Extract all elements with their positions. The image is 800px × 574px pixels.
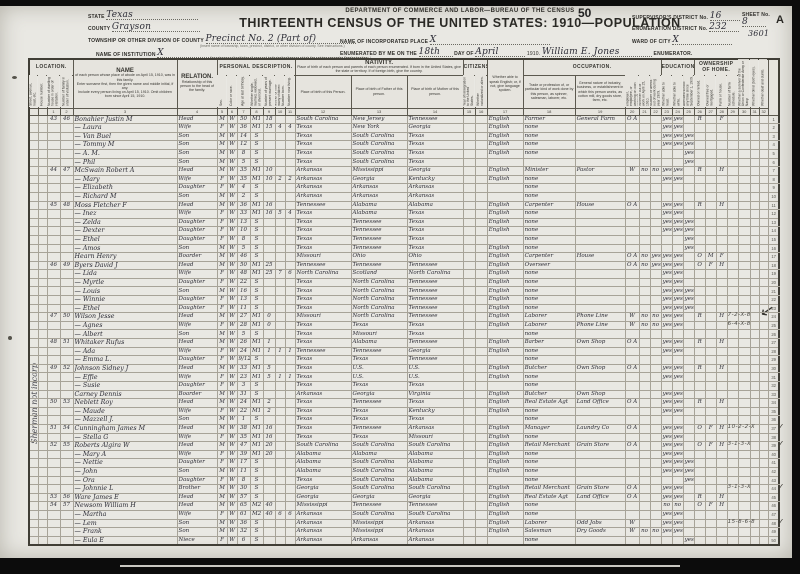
cell-children_living xyxy=(285,493,295,502)
cell-immigration xyxy=(463,167,475,176)
cell-farm_schedule xyxy=(727,382,738,391)
col-header-class: Whether an employer, employee, or workin… xyxy=(625,75,639,108)
cell-owned: R xyxy=(694,167,705,176)
pencil-annotation: 7-2-X-8 xyxy=(728,312,751,320)
cell-free_mortgaged xyxy=(705,356,716,365)
cell-immigration xyxy=(463,330,475,339)
cell-school: yes xyxy=(683,467,694,476)
cell-industry: Pastor xyxy=(575,167,625,176)
cell-immigration xyxy=(463,390,475,399)
cell-veteran xyxy=(738,347,750,356)
census-row: 4851Whitaker RufusHeadMW26M11TexasAlabam… xyxy=(29,339,779,348)
cell-color: W xyxy=(227,304,237,313)
cell-school xyxy=(683,364,694,373)
col-header-farm-schedule: Number of farm schedule. xyxy=(727,75,738,108)
cell-class xyxy=(625,459,639,468)
cell-class xyxy=(625,476,639,485)
cell-children_born xyxy=(275,218,285,227)
census-row: — LemSonMW36SArkansasMississippiArkansas… xyxy=(29,519,779,528)
cell-lineno: 16 xyxy=(768,244,779,253)
cell-dwelling: 51 xyxy=(47,424,60,433)
cell-children_living xyxy=(285,261,295,270)
cell-out_of_work xyxy=(639,347,650,356)
cell-marital: S xyxy=(250,218,263,227)
cell-out_of_work xyxy=(639,373,650,382)
cell-name: Hearn Henry xyxy=(73,253,177,262)
col-group-citizenship: CITIZENSHIP. xyxy=(463,59,487,75)
cell-sex: F xyxy=(217,433,227,442)
cell-birthplace: Alabama xyxy=(295,450,351,459)
cell-age: 4 xyxy=(237,184,250,193)
cell-write: yes xyxy=(672,519,683,528)
cell-immigration xyxy=(463,493,475,502)
cell-family xyxy=(60,287,73,296)
cell-street xyxy=(29,485,38,494)
cell-street xyxy=(29,330,38,339)
cell-age: 24 xyxy=(237,347,250,356)
cell-occupation: none xyxy=(523,132,575,141)
cell-father_birthplace: North Carolina xyxy=(351,287,407,296)
cell-veteran xyxy=(738,528,750,537)
cell-birthplace: Texas xyxy=(295,141,351,150)
cell-farm_schedule xyxy=(727,364,738,373)
cell-sex: F xyxy=(217,373,227,382)
cell-house xyxy=(38,210,47,219)
cell-birthplace: Texas xyxy=(295,304,351,313)
cell-dwelling xyxy=(47,536,60,545)
cell-age: 36 xyxy=(237,201,250,210)
cell-relation: Son xyxy=(177,132,217,141)
cell-free_mortgaged: M xyxy=(705,253,716,262)
cell-naturalized xyxy=(475,192,487,201)
cell-relation: Daughter xyxy=(177,476,217,485)
cell-farm_schedule xyxy=(727,502,738,511)
cell-immigration xyxy=(463,528,475,537)
cell-blind xyxy=(750,167,759,176)
cell-veteran xyxy=(738,459,750,468)
cell-occupation: none xyxy=(523,450,575,459)
cell-years_married: 16 xyxy=(263,210,275,219)
cell-marital: M1 xyxy=(250,115,263,124)
cell-color: W xyxy=(227,149,237,158)
cell-relation: Daughter xyxy=(177,296,217,305)
cell-english: English xyxy=(487,278,523,287)
cell-owned xyxy=(694,485,705,494)
cell-street xyxy=(29,373,38,382)
institution-value: X xyxy=(157,48,164,58)
cell-name: Roberts Algira W xyxy=(73,442,177,451)
cell-sex: M xyxy=(217,167,227,176)
cell-blind xyxy=(750,296,759,305)
cell-children_born: 7 xyxy=(275,270,285,279)
census-table: LOCATION. NAME of each person whose plac… xyxy=(28,58,780,546)
cell-free_mortgaged xyxy=(705,519,716,528)
cell-lineno: 34 xyxy=(768,399,779,408)
cell-deaf xyxy=(759,158,768,167)
cell-family xyxy=(60,510,73,519)
cell-read: yes xyxy=(661,167,672,176)
cell-birthplace: South Carolina xyxy=(295,442,351,451)
cell-farm_schedule xyxy=(727,192,738,201)
cell-relation: Wife xyxy=(177,433,217,442)
cell-children_living xyxy=(285,390,295,399)
cell-write: yes xyxy=(672,467,683,476)
cell-farm_house: H xyxy=(716,442,727,451)
cell-veteran xyxy=(738,167,750,176)
cell-family xyxy=(60,330,73,339)
cell-out_of_work xyxy=(639,201,650,210)
cell-write: yes xyxy=(672,364,683,373)
cell-school xyxy=(683,356,694,365)
cell-owned xyxy=(694,373,705,382)
cell-sex: F xyxy=(217,356,227,365)
cell-farm_schedule xyxy=(727,296,738,305)
cell-color: W xyxy=(227,442,237,451)
cell-weeks_out xyxy=(650,201,661,210)
cell-immigration xyxy=(463,192,475,201)
cell-out_of_work xyxy=(639,407,650,416)
cell-free_mortgaged xyxy=(705,339,716,348)
cell-dwelling xyxy=(47,347,60,356)
cell-industry: Own Shop xyxy=(575,364,625,373)
census-row: — AdaWifeFW24M1111TennesseeTennesseeGeor… xyxy=(29,347,779,356)
col-header-owned: Owned or rented. xyxy=(694,75,705,108)
cell-children_born xyxy=(275,390,285,399)
cell-occupation: Minister xyxy=(523,167,575,176)
census-row: — ZeldaDaughterFW13STexasTennesseeTexasE… xyxy=(29,218,779,227)
cell-blind xyxy=(750,450,759,459)
cell-farm_schedule xyxy=(727,184,738,193)
cell-marital: M1 xyxy=(250,347,263,356)
cell-relation: Head xyxy=(177,442,217,451)
cell-color: W xyxy=(227,467,237,476)
cell-free_mortgaged xyxy=(705,210,716,219)
cell-blind xyxy=(750,433,759,442)
cell-write: yes xyxy=(672,167,683,176)
cell-industry xyxy=(575,124,625,133)
cell-house xyxy=(38,330,47,339)
township-field: TOWNSHIP OR OTHER DIVISION OF COUNTY Pre… xyxy=(88,35,356,44)
cell-occupation: none xyxy=(523,192,575,201)
cell-age: 24 xyxy=(237,399,250,408)
cell-dwelling xyxy=(47,149,60,158)
cell-owned xyxy=(694,218,705,227)
cell-naturalized xyxy=(475,407,487,416)
cell-age: 12 xyxy=(237,141,250,150)
cell-naturalized xyxy=(475,115,487,124)
census-row: — InezWifeFW33M11654TexasAlabamaTexasEng… xyxy=(29,210,779,219)
cell-street xyxy=(29,347,38,356)
col-header-trade: Trade or profession of, or particular ki… xyxy=(523,75,575,108)
cell-age: 61 xyxy=(237,510,250,519)
cell-street xyxy=(29,502,38,511)
cell-house xyxy=(38,313,47,322)
cell-class xyxy=(625,373,639,382)
cell-age: 13 xyxy=(237,296,250,305)
cell-father_birthplace: Georgia xyxy=(351,175,407,184)
cell-color: W xyxy=(227,356,237,365)
cell-farm_house xyxy=(716,149,727,158)
cell-house xyxy=(38,235,47,244)
cell-deaf xyxy=(759,115,768,124)
cell-farm_schedule: 6-4-X-8 xyxy=(727,321,738,330)
cell-children_born xyxy=(275,192,285,201)
cell-immigration xyxy=(463,476,475,485)
col-header-bp-father: Place of birth of Father of this person. xyxy=(351,75,407,108)
cell-owned: R xyxy=(694,201,705,210)
cell-out_of_work xyxy=(639,399,650,408)
cell-weeks_out: no xyxy=(650,167,661,176)
cell-name: Wilson Jesse xyxy=(73,313,177,322)
county-label: COUNTY xyxy=(88,26,110,32)
cell-farm_schedule xyxy=(727,467,738,476)
cell-veteran xyxy=(738,364,750,373)
cell-children_living xyxy=(285,519,295,528)
cell-house xyxy=(38,141,47,150)
col-header-dwelling: Number of dwelling house in order of vis… xyxy=(47,75,60,108)
cell-lineno: 19 xyxy=(768,270,779,279)
census-row: — EthelDaughterFW11STexasNorth CarolinaT… xyxy=(29,304,779,313)
cell-years_married xyxy=(263,244,275,253)
cell-years_married: 0 xyxy=(263,313,275,322)
cell-mother_birthplace: Alabama xyxy=(407,467,463,476)
cell-mother_birthplace: Texas xyxy=(407,149,463,158)
cell-farm_house xyxy=(716,459,727,468)
scan-speck xyxy=(12,76,17,79)
cell-school xyxy=(683,347,694,356)
cell-blind xyxy=(750,390,759,399)
cell-weeks_out xyxy=(650,296,661,305)
cell-farm_house xyxy=(716,416,727,425)
cell-children_living xyxy=(285,459,295,468)
cell-house xyxy=(38,390,47,399)
cell-owned xyxy=(694,467,705,476)
census-row: — ElizabethDaughterFW4SArkansasArkansasA… xyxy=(29,184,779,193)
cell-sex: M xyxy=(217,330,227,339)
cell-owned xyxy=(694,382,705,391)
cell-read: yes xyxy=(661,218,672,227)
cell-english: English xyxy=(487,321,523,330)
cell-color: W xyxy=(227,510,237,519)
cell-immigration xyxy=(463,424,475,433)
cell-industry xyxy=(575,510,625,519)
cell-name: — Phil xyxy=(73,158,177,167)
cell-school: yes xyxy=(683,304,694,313)
cell-out_of_work xyxy=(639,175,650,184)
cell-class: O A xyxy=(625,442,639,451)
cell-read xyxy=(661,149,672,158)
cell-read: yes xyxy=(661,442,672,451)
cell-free_mortgaged xyxy=(705,227,716,236)
cell-occupation: none xyxy=(523,407,575,416)
cell-farm_schedule xyxy=(727,141,738,150)
cell-weeks_out: no xyxy=(650,528,661,537)
cell-out_of_work: no xyxy=(639,528,650,537)
cell-owned: R xyxy=(694,313,705,322)
cell-house xyxy=(38,424,47,433)
cell-out_of_work xyxy=(639,149,650,158)
cell-deaf xyxy=(759,390,768,399)
cell-class xyxy=(625,390,639,399)
cell-birthplace: Tennessee xyxy=(295,347,351,356)
cell-lineno: 8 xyxy=(768,175,779,184)
cell-lineno: 44✓ xyxy=(768,485,779,494)
cell-read: yes xyxy=(661,253,672,262)
cell-years_married xyxy=(263,356,275,365)
cell-farm_house: H xyxy=(716,399,727,408)
col-header-age: Age at last birthday. xyxy=(237,75,250,108)
cell-name: — A. M. xyxy=(73,149,177,158)
cell-owned: O xyxy=(694,261,705,270)
cell-name: — Lem xyxy=(73,519,177,528)
cell-read: yes xyxy=(661,287,672,296)
cell-father_birthplace: North Carolina xyxy=(351,313,407,322)
cell-english: English xyxy=(487,433,523,442)
cell-farm_house xyxy=(716,510,727,519)
column-number: 19 xyxy=(575,108,625,115)
cell-deaf xyxy=(759,528,768,537)
cell-house xyxy=(38,175,47,184)
cell-years_married xyxy=(263,330,275,339)
cell-birthplace: Texas xyxy=(295,407,351,416)
cell-father_birthplace: South Carolina xyxy=(351,476,407,485)
cell-school xyxy=(683,485,694,494)
cell-relation: Head xyxy=(177,115,217,124)
cell-street xyxy=(29,141,38,150)
cell-relation: Son xyxy=(177,519,217,528)
cell-farm_schedule xyxy=(727,175,738,184)
cell-name: Cunningham James M xyxy=(73,424,177,433)
cell-children_living: 4 xyxy=(285,124,295,133)
cell-farm_schedule xyxy=(727,528,738,537)
cell-father_birthplace: Arkansas xyxy=(351,192,407,201)
cell-color: W xyxy=(227,536,237,545)
census-row: — LauraWifeFW36M11544TexasNew YorkGeorgi… xyxy=(29,124,779,133)
cell-farm_house xyxy=(716,476,727,485)
cell-house xyxy=(38,528,47,537)
cell-read: yes xyxy=(661,510,672,519)
cell-class: O A xyxy=(625,493,639,502)
cell-farm_house xyxy=(716,382,727,391)
cell-owned xyxy=(694,510,705,519)
cell-street xyxy=(29,476,38,485)
cell-sex: F xyxy=(217,278,227,287)
cell-mother_birthplace: Missouri xyxy=(407,433,463,442)
cell-mother_birthplace: Tennessee xyxy=(407,115,463,124)
cell-years_married xyxy=(263,158,275,167)
census-row: 4952Johnson Sidney JHeadMW33M15TexasU.S.… xyxy=(29,364,779,373)
cell-father_birthplace: Texas xyxy=(351,321,407,330)
cell-age: 26 xyxy=(237,339,250,348)
cell-years_married: 18 xyxy=(263,115,275,124)
cell-weeks_out xyxy=(650,149,661,158)
cell-birthplace: South Carolina xyxy=(295,115,351,124)
cell-school xyxy=(683,416,694,425)
cell-children_born xyxy=(275,167,285,176)
cell-english: English xyxy=(487,304,523,313)
cell-industry: Land Office xyxy=(575,493,625,502)
cell-lineno: 49 xyxy=(768,528,779,537)
cell-farm_house xyxy=(716,210,727,219)
cell-class xyxy=(625,175,639,184)
cell-age: 16 xyxy=(237,287,250,296)
cell-dwelling xyxy=(47,270,60,279)
cell-color: W xyxy=(227,450,237,459)
cell-occupation: none xyxy=(523,124,575,133)
cell-industry xyxy=(575,459,625,468)
cell-children_born xyxy=(275,244,285,253)
column-number: 16 xyxy=(475,108,487,115)
cell-children_born xyxy=(275,416,285,425)
enumerated-day: 18th xyxy=(419,47,441,57)
cell-marital: M1 xyxy=(250,399,263,408)
cell-color: W xyxy=(227,407,237,416)
cell-deaf xyxy=(759,356,768,365)
cell-color: W xyxy=(227,278,237,287)
col-group-education: EDUCATION. xyxy=(661,59,694,75)
cell-sex: M xyxy=(217,485,227,494)
cell-blind xyxy=(750,235,759,244)
cell-lineno: 48✓ xyxy=(768,519,779,528)
cell-immigration xyxy=(463,382,475,391)
cell-color: W xyxy=(227,167,237,176)
cell-weeks_out xyxy=(650,124,661,133)
cell-children_born xyxy=(275,433,285,442)
cell-deaf xyxy=(759,124,768,133)
cell-color: W xyxy=(227,399,237,408)
cell-children_born xyxy=(275,407,285,416)
cell-name: — Laura xyxy=(73,124,177,133)
cell-sex: M xyxy=(217,399,227,408)
cell-farm_house: H xyxy=(716,424,727,433)
cell-children_living xyxy=(285,201,295,210)
cell-house xyxy=(38,124,47,133)
cell-family xyxy=(60,356,73,365)
cell-name: — Eula E xyxy=(73,536,177,545)
cell-english xyxy=(487,184,523,193)
cell-weeks_out xyxy=(650,519,661,528)
cell-naturalized xyxy=(475,132,487,141)
cell-school xyxy=(683,184,694,193)
cell-owned xyxy=(694,536,705,545)
cell-blind xyxy=(750,244,759,253)
cell-read: yes xyxy=(661,304,672,313)
cell-farm_house xyxy=(716,433,727,442)
cell-owned: O xyxy=(694,502,705,511)
cell-naturalized xyxy=(475,519,487,528)
cell-deaf xyxy=(759,339,768,348)
cell-years_married xyxy=(263,519,275,528)
enumerator-value: William E. Jones xyxy=(542,47,620,57)
cell-birthplace: Missouri xyxy=(295,253,351,262)
township-value: Precinct No. 2 (Part of) xyxy=(206,34,317,44)
cell-owned: R xyxy=(694,493,705,502)
cell-school xyxy=(683,433,694,442)
cell-years_married: 16 xyxy=(263,433,275,442)
cell-street xyxy=(29,261,38,270)
census-row: — Stella GWifeFW35M116TexasTexasMissouri… xyxy=(29,433,779,442)
cell-naturalized xyxy=(475,433,487,442)
cell-age: 5 xyxy=(237,158,250,167)
cell-class xyxy=(625,304,639,313)
cell-weeks_out xyxy=(650,510,661,519)
cell-street xyxy=(29,244,38,253)
cell-class xyxy=(625,244,639,253)
ward-value: X xyxy=(672,35,679,45)
cell-naturalized xyxy=(475,476,487,485)
column-number-row: 1234567891011121314151617181920212223242… xyxy=(29,108,779,115)
cell-birthplace: Texas xyxy=(295,124,351,133)
